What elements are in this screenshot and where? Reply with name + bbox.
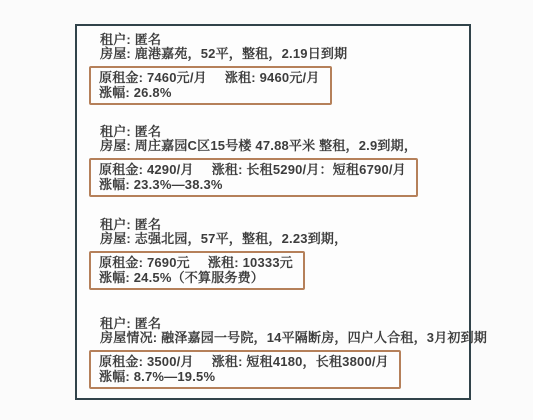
rent-original: 原租金: 7690元 xyxy=(99,255,190,270)
rent-highlight-box: 原租金: 3500/月涨租: 短租4180，长租3800/月 涨幅: 8.7%—… xyxy=(89,350,401,389)
rent-original: 原租金: 7460元/月 xyxy=(99,70,207,85)
rent-highlight-box: 原租金: 4290/月涨租: 长租5290/月：短租6790/月 涨幅: 23.… xyxy=(89,158,418,197)
rent-original: 原租金: 4290/月 xyxy=(99,162,194,177)
rent-line-1: 原租金: 4290/月涨租: 长租5290/月：短租6790/月 xyxy=(99,162,406,177)
rent-raised: 涨租: 9460元/月 xyxy=(225,70,320,85)
house-line: 房屋情况: 融泽嘉园一号院，14平隔断房，四户人合租，3月初到期 xyxy=(100,331,463,345)
listing-section-4: 租户: 匿名 房屋情况: 融泽嘉园一号院，14平隔断房，四户人合租，3月初到期 … xyxy=(100,317,463,389)
screenshot-root: 租户: 匿名 房屋: 鹿港嘉苑，52平，整租，2.19日到期 原租金: 7460… xyxy=(0,0,533,420)
rent-increase: 涨幅: 26.8% xyxy=(99,85,320,100)
rent-raised: 涨租: 短租4180，长租3800/月 xyxy=(212,354,389,369)
rent-raised: 涨租: 10333元 xyxy=(208,255,293,270)
house-line: 房屋: 鹿港嘉苑，52平，整租，2.19日到期 xyxy=(100,47,463,61)
rent-increase: 涨幅: 23.3%—38.3% xyxy=(99,177,406,192)
house-line: 房屋: 周庄嘉园C区15号楼 47.88平米 整租，2.9到期， xyxy=(100,139,463,153)
rent-increase: 涨幅: 24.5%（不算服务费） xyxy=(99,270,293,285)
rent-highlight-box: 原租金: 7460元/月涨租: 9460元/月 涨幅: 26.8% xyxy=(89,66,332,105)
listing-section-3: 租户: 匿名 房屋: 志强北园，57平，整租，2.23到期， 原租金: 7690… xyxy=(100,218,463,290)
tenant-line: 租户: 匿名 xyxy=(100,33,463,47)
rent-line-1: 原租金: 3500/月涨租: 短租4180，长租3800/月 xyxy=(99,354,389,369)
house-line: 房屋: 志强北园，57平，整租，2.23到期， xyxy=(100,232,463,246)
listing-section-2: 租户: 匿名 房屋: 周庄嘉园C区15号楼 47.88平米 整租，2.9到期， … xyxy=(100,125,463,197)
tenant-line: 租户: 匿名 xyxy=(100,218,463,232)
rent-increase: 涨幅: 8.7%—19.5% xyxy=(99,369,389,384)
tenant-line: 租户: 匿名 xyxy=(100,317,463,331)
tenant-line: 租户: 匿名 xyxy=(100,125,463,139)
rent-line-1: 原租金: 7460元/月涨租: 9460元/月 xyxy=(99,70,320,85)
listing-section-1: 租户: 匿名 房屋: 鹿港嘉苑，52平，整租，2.19日到期 原租金: 7460… xyxy=(100,33,463,105)
rent-raised: 涨租: 长租5290/月：短租6790/月 xyxy=(212,162,406,177)
rent-line-1: 原租金: 7690元涨租: 10333元 xyxy=(99,255,293,270)
rent-highlight-box: 原租金: 7690元涨租: 10333元 涨幅: 24.5%（不算服务费） xyxy=(89,251,305,290)
rental-listings-panel: 租户: 匿名 房屋: 鹿港嘉苑，52平，整租，2.19日到期 原租金: 7460… xyxy=(75,24,471,400)
rent-original: 原租金: 3500/月 xyxy=(99,354,194,369)
